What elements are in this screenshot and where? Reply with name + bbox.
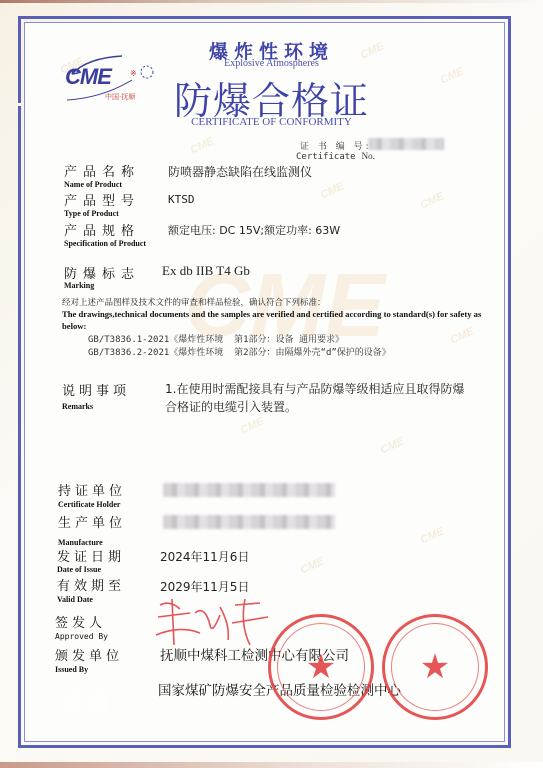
bottom-edge — [0, 762, 543, 768]
statement-en: The drawings,technical documents and the… — [62, 308, 482, 332]
valid-date-label: 有效期至 — [57, 575, 125, 594]
standard-item: GB/T3836.2-2021《爆炸性环境 第2部分：由隔爆外壳“d”保护的设备… — [88, 345, 391, 358]
stamp-2: ★ — [382, 614, 488, 720]
cert-no-label-en-1: Certificate — [296, 152, 356, 162]
issued-by-label-en: Issued By — [55, 665, 88, 674]
product-spec-label-en: Specification of Product — [64, 239, 146, 248]
valid-date-label-en: Valid Date — [57, 595, 93, 604]
issued-by-label: 颁发单位 — [55, 645, 123, 664]
marking-value: Ex db IIB T4 Gb — [162, 263, 250, 279]
star-icon: ★ — [420, 647, 450, 687]
issue-date-label: 发证日期 — [57, 546, 125, 565]
category-en: Explosive Atmospheres — [0, 58, 543, 69]
title-en: CERTIFICATE OF CONFORMITY — [0, 116, 543, 128]
product-spec-value: 额定电压: DC 15V;额定功率: 63W — [168, 222, 340, 238]
holder-label-en: Certificate Holder — [58, 500, 120, 509]
statement-cn: 经对上述产品图样及技术文件的审查和样品检验，确认符合下列标准： — [62, 296, 326, 308]
marking-label-en: Marking — [64, 281, 94, 290]
product-type-value: KTSD — [168, 193, 195, 206]
product-type-label-en: Type of Product — [64, 209, 119, 218]
overlay-watermark: 盛鼎 — [60, 683, 108, 718]
manufacturer-redacted — [163, 515, 335, 529]
issue-date-label-en: Date of Issue — [57, 565, 101, 574]
holder-redacted — [163, 483, 335, 497]
remarks-label-en: Remarks — [62, 402, 93, 411]
remarks-label: 说明事项 — [62, 380, 130, 399]
cert-no-label-en-2: No. — [362, 151, 375, 161]
manufacturer-label: 生产单位 — [58, 512, 126, 531]
product-spec-label: 产品规格 — [64, 220, 140, 239]
star-icon: ★ — [306, 647, 336, 687]
holder-label: 持证单位 — [58, 480, 126, 499]
marking-label: 防爆标志 — [64, 263, 140, 282]
approved-by-label-en: Approved By — [55, 632, 108, 641]
cert-no-label-en: CertificateNo. — [296, 151, 375, 162]
stamp-1: ★ — [268, 614, 374, 720]
certificate-paper: CME CME CME CME CME CME CME CME CME CME … — [0, 0, 543, 768]
signature-icon — [150, 595, 280, 650]
remarks-text: 1.在使用时需配接具有与产品防爆等级相适应且取得防爆合格证的电缆引入装置。 — [165, 380, 465, 416]
product-name-label: 产品名称 — [64, 161, 140, 180]
top-edge — [0, 0, 543, 3]
approved-by-label: 签发人 — [55, 612, 106, 631]
standard-item: GB/T3836.1-2021《爆炸性环境 第1部分：设备 通用要求》 — [88, 332, 344, 345]
issue-date-value: 2024年11月6日 — [160, 548, 249, 565]
valid-date-value: 2029年11月5日 — [160, 578, 249, 595]
product-name-label-en: Name of Product — [64, 180, 122, 189]
product-type-label: 产品型号 — [64, 190, 140, 209]
product-name-value: 防喷器静态缺陷在线监测仪 — [168, 163, 312, 180]
cert-no-redacted — [368, 138, 444, 150]
